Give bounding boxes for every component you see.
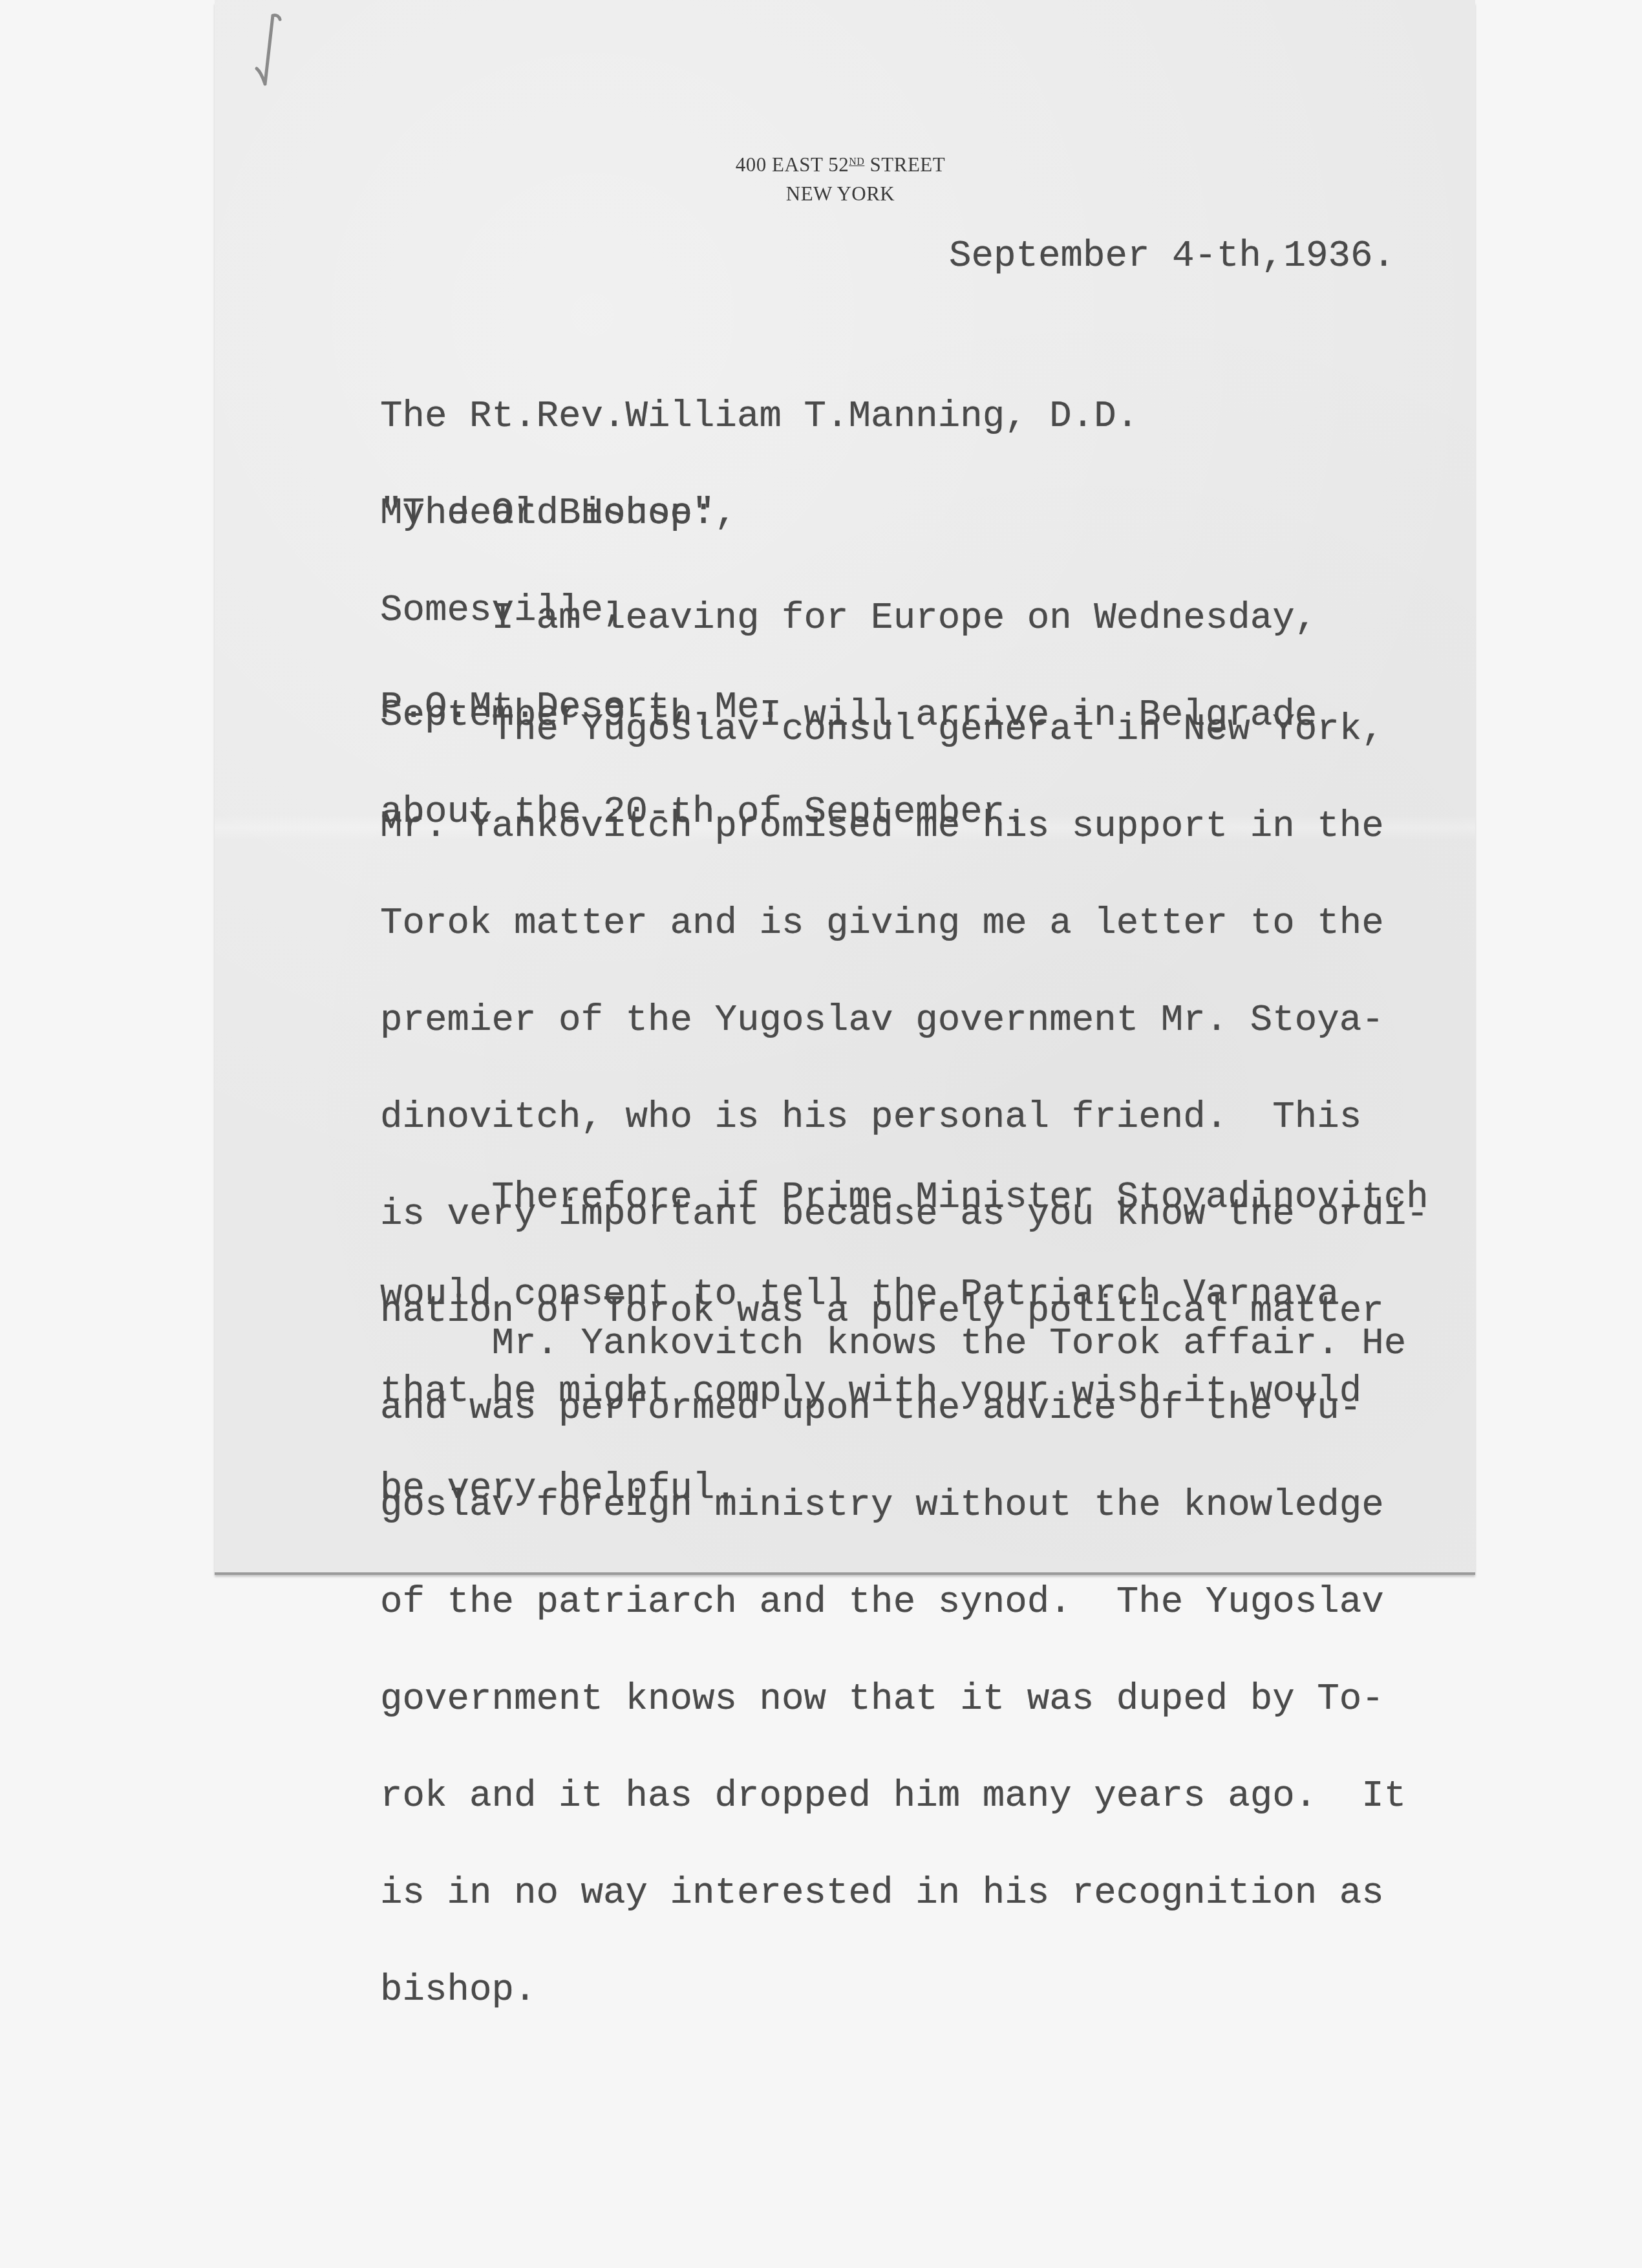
text-line: is in no way interested in his recogniti…	[380, 1878, 1429, 1910]
letterhead-city: NEW YORK	[646, 182, 1034, 206]
text-line: government knows now that it was duped b…	[380, 1684, 1429, 1716]
text-line: Torok matter and is giving me a letter t…	[380, 908, 1429, 940]
text-line: be very helpful.	[380, 1473, 1429, 1505]
recipient-line: The Rt.Rev.William T.Manning, D.D.	[380, 401, 1138, 433]
text-line: The Yugoslav consul general in New York,	[380, 714, 1429, 746]
text-line: bishop.	[380, 1974, 1429, 2007]
text-line: Mr. Yankovitch promised me his support i…	[380, 811, 1429, 843]
salutation: My dear Bishop:	[380, 498, 715, 530]
text-line: of the patriarch and the synod. The Yugo…	[380, 1587, 1429, 1619]
text-line: Mr. Yankovitch knows the Torok affair. H…	[380, 1328, 1406, 1360]
text-line: I am leaving for Europe on Wednesday,	[380, 603, 1317, 635]
text-line: Therefore if Prime Minister Stoyadinovit…	[380, 1182, 1429, 1214]
pencil-check-mark-icon	[253, 12, 286, 89]
letter-date: September 4-th,1936.	[949, 241, 1395, 273]
paragraph-4: Mr. Yankovitch knows the Torok affair. H…	[380, 1263, 1406, 1393]
text-line: rok and it has dropped him many years ag…	[380, 1781, 1429, 1813]
letterhead-address: 400 EAST 52ND STREET	[646, 153, 1034, 177]
text-line: premier of the Yugoslav government Mr. S…	[380, 1005, 1429, 1037]
